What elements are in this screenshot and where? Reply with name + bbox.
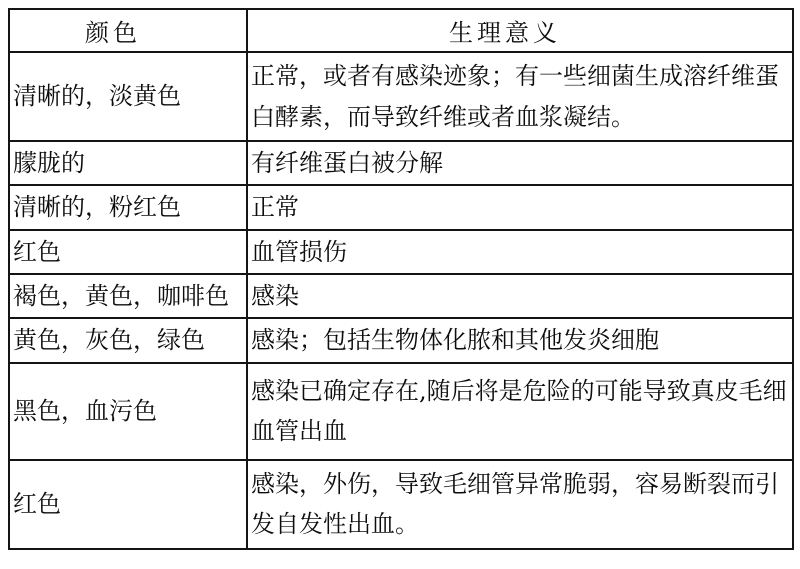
color-meaning-table: 颜色 生理意义 清晰的，淡黄色 正常，或者有感染迹象；有一些细菌生成溶纤维蛋白酵… [8, 8, 794, 550]
cell-color: 红色 [9, 230, 247, 274]
table-row: 清晰的，粉红色 正常 [9, 185, 793, 229]
header-color: 颜色 [9, 9, 247, 52]
cell-color: 清晰的，粉红色 [9, 185, 247, 229]
cell-meaning: 感染，外伤，导致毛细管异常脆弱，容易断裂而引发自发性出血。 [247, 460, 793, 549]
cell-color: 清晰的，淡黄色 [9, 52, 247, 141]
table-row: 黄色，灰色，绿色 感染；包括生物体化脓和其他发炎细胞 [9, 318, 793, 362]
cell-color: 黄色，灰色，绿色 [9, 318, 247, 362]
table-row: 朦胧的 有纤维蛋白被分解 [9, 141, 793, 185]
cell-meaning: 正常，或者有感染迹象；有一些细菌生成溶纤维蛋白酵素，而导致纤维或者血浆凝结。 [247, 52, 793, 141]
table-header-row: 颜色 生理意义 [9, 9, 793, 52]
header-meaning: 生理意义 [247, 9, 793, 52]
cell-meaning: 感染 [247, 274, 793, 318]
table-row: 清晰的，淡黄色 正常，或者有感染迹象；有一些细菌生成溶纤维蛋白酵素，而导致纤维或… [9, 52, 793, 141]
table-row: 褐色，黄色，咖啡色 感染 [9, 274, 793, 318]
cell-color: 红色 [9, 460, 247, 549]
cell-meaning: 有纤维蛋白被分解 [247, 141, 793, 185]
table-row: 红色 感染，外伤，导致毛细管异常脆弱，容易断裂而引发自发性出血。 [9, 460, 793, 549]
cell-meaning: 血管损伤 [247, 230, 793, 274]
table-row: 红色 血管损伤 [9, 230, 793, 274]
cell-meaning: 感染已确定存在,随后将是危险的可能导致真皮毛细血管出血 [247, 363, 793, 460]
cell-meaning: 正常 [247, 185, 793, 229]
document-page: 颜色 生理意义 清晰的，淡黄色 正常，或者有感染迹象；有一些细菌生成溶纤维蛋白酵… [0, 0, 800, 569]
cell-color: 黑色，血污色 [9, 363, 247, 460]
cell-color: 朦胧的 [9, 141, 247, 185]
table-row: 黑色，血污色 感染已确定存在,随后将是危险的可能导致真皮毛细血管出血 [9, 363, 793, 460]
cell-color: 褐色，黄色，咖啡色 [9, 274, 247, 318]
cell-meaning: 感染；包括生物体化脓和其他发炎细胞 [247, 318, 793, 362]
